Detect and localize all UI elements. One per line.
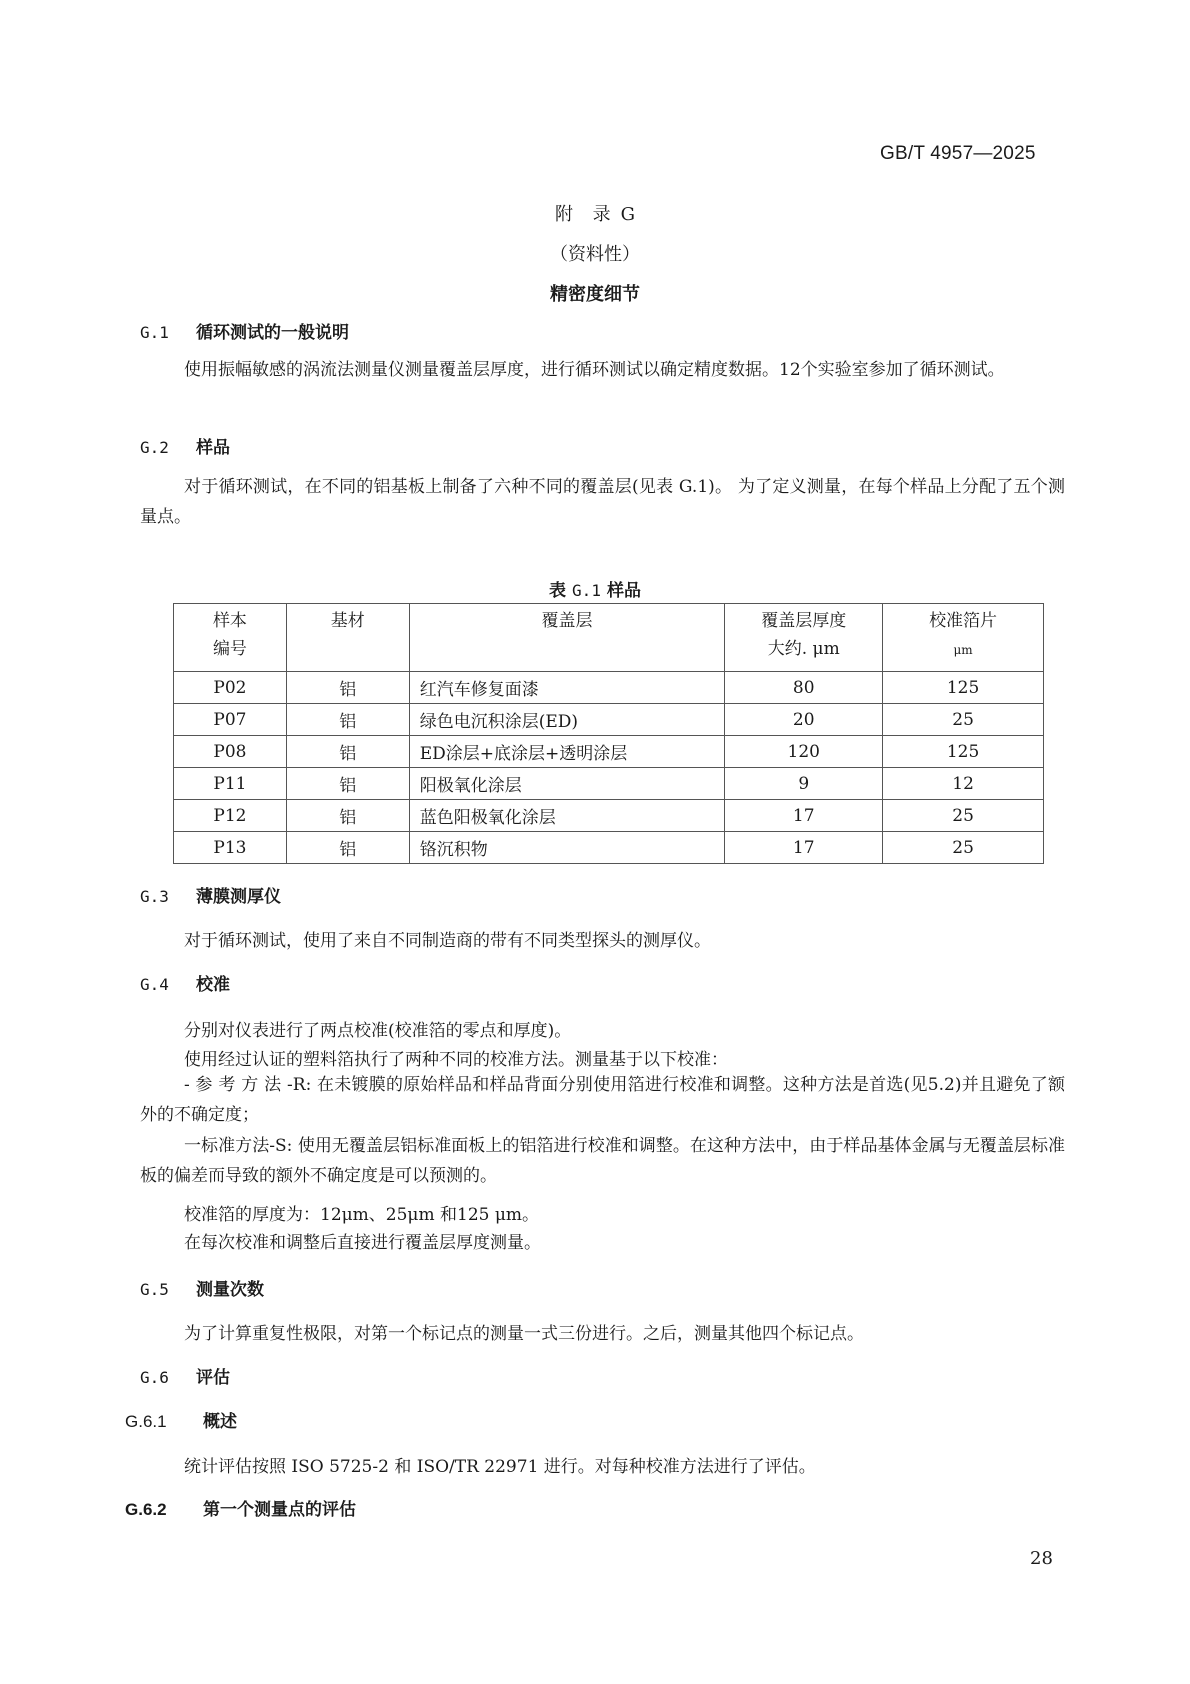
cell-foil: 12 [883, 768, 1044, 800]
cell-thickness: 17 [725, 832, 883, 864]
cell-coating: 绿色电沉积涂层(ED) [409, 704, 725, 736]
section-g4-line-4: 在每次校准和调整后直接进行覆盖层厚度测量。 [184, 1228, 541, 1253]
cell-thickness: 120 [725, 736, 883, 768]
section-g2-paragraph: 对于循环测试，在不同的铝基板上制备了六种不同的覆盖层(见表 G.1)。 为了定义… [140, 472, 1065, 532]
section-title: 样品 [196, 438, 230, 458]
cell-substrate: 铝 [286, 800, 409, 832]
standard-number: GB/T 4957—2025 [880, 143, 1036, 165]
cell-sample: P07 [174, 704, 287, 736]
section-title: 第一个测量点的评估 [203, 1500, 356, 1520]
section-heading-g4: G.4校准 [140, 970, 230, 995]
cell-coating: 阳极氧化涂层 [409, 768, 725, 800]
section-g4-foil-thicknesses: 校准箔的厚度为：12μm、25μm 和125 μm。 [184, 1200, 539, 1225]
section-heading-g6-1: G.6.1概述 [125, 1407, 237, 1432]
section-number: G.6.2 [125, 1500, 203, 1520]
section-g5-paragraph: 为了计算重复性极限，对第一个标记点的测量一式三份进行。之后，测量其他四个标记点。 [184, 1319, 864, 1344]
cell-sample: P12 [174, 800, 287, 832]
header-substrate: 基材 [286, 604, 409, 672]
section-title: 薄膜测厚仪 [196, 887, 281, 907]
cell-foil: 25 [883, 800, 1044, 832]
table-row: P13 铝 铬沉积物 17 25 [174, 832, 1044, 864]
cell-coating: 铬沉积物 [409, 832, 725, 864]
section-g1-paragraph: 使用振幅敏感的涡流法测量仪测量覆盖层厚度，进行循环测试以确定精度数据。12个实验… [140, 355, 1065, 385]
cell-foil: 125 [883, 672, 1044, 704]
section-heading-g6: G.6评估 [140, 1363, 230, 1388]
annex-label: 附 录G [0, 200, 1190, 226]
section-g3-paragraph: 对于循环测试，使用了来自不同制造商的带有不同类型探头的测厚仪。 [184, 926, 711, 951]
table-row: P11 铝 阳极氧化涂层 9 12 [174, 768, 1044, 800]
section-number: G.6 [140, 1368, 196, 1387]
section-number: G.1 [140, 323, 196, 342]
section-g6-1-paragraph: 统计评估按照 ISO 5725-2 和 ISO/TR 22971 进行。对每种校… [184, 1452, 816, 1477]
table-caption-id: G.1 [572, 581, 601, 600]
section-heading-g1: G.1循环测试的一般说明 [140, 318, 349, 343]
table-row: P12 铝 蓝色阳极氧化涂层 17 25 [174, 800, 1044, 832]
header-sample-number: 样本编号 [174, 604, 287, 672]
annex-title: 精密度细节 [0, 280, 1190, 306]
section-title: 概述 [203, 1412, 237, 1432]
section-number: G.2 [140, 438, 196, 457]
header-coating-thickness: 覆盖层厚度大约. μm [725, 604, 883, 672]
table-row: P08 铝 ED涂层+底涂层+透明涂层 120 125 [174, 736, 1044, 768]
table-caption-title: 样品 [607, 581, 641, 601]
cell-substrate: 铝 [286, 832, 409, 864]
cell-thickness: 9 [725, 768, 883, 800]
cell-foil: 25 [883, 832, 1044, 864]
section-g4-line-2: 使用经过认证的塑料箔执行了两种不同的校准方法。测量基于以下校准： [184, 1045, 728, 1070]
cell-substrate: 铝 [286, 672, 409, 704]
cell-thickness: 17 [725, 800, 883, 832]
page-number: 28 [1030, 1548, 1053, 1569]
cell-foil: 25 [883, 704, 1044, 736]
table-row: P02 铝 红汽车修复面漆 80 125 [174, 672, 1044, 704]
cell-coating: ED涂层+底涂层+透明涂层 [409, 736, 725, 768]
annex-type: （资料性） [0, 240, 1190, 266]
section-number: G.5 [140, 1280, 196, 1299]
annex-letter: G [621, 204, 635, 225]
section-heading-g2: G.2样品 [140, 433, 230, 458]
section-heading-g5: G.5测量次数 [140, 1275, 264, 1300]
table-row: P07 铝 绿色电沉积涂层(ED) 20 25 [174, 704, 1044, 736]
section-title: 校准 [196, 975, 230, 995]
section-g4-reference-method: - 参 考 方 法 -R: 在未镀膜的原始样品和样品背面分别使用箔进行校准和调整… [140, 1070, 1065, 1130]
section-number: G.3 [140, 887, 196, 906]
section-heading-g3: G.3薄膜测厚仪 [140, 882, 281, 907]
cell-substrate: 铝 [286, 736, 409, 768]
header-calibration-foil: 校准箔片μm [883, 604, 1044, 672]
cell-substrate: 铝 [286, 768, 409, 800]
section-heading-g6-2: G.6.2第一个测量点的评估 [125, 1495, 356, 1520]
cell-sample: P11 [174, 768, 287, 800]
cell-coating: 蓝色阳极氧化涂层 [409, 800, 725, 832]
cell-thickness: 20 [725, 704, 883, 736]
cell-foil: 125 [883, 736, 1044, 768]
section-title: 测量次数 [196, 1280, 264, 1300]
section-g4-standard-method: 一标准方法-S: 使用无覆盖层铝标准面板上的铝箔进行校准和调整。在这种方法中，由… [140, 1131, 1065, 1191]
section-g4-line-1: 分别对仪表进行了两点校准(校准箔的零点和厚度)。 [184, 1016, 571, 1041]
cell-coating: 红汽车修复面漆 [409, 672, 725, 704]
table-caption-prefix: 表 [549, 581, 566, 601]
section-title: 循环测试的一般说明 [196, 323, 349, 343]
cell-substrate: 铝 [286, 704, 409, 736]
samples-table: 样本编号 基材 覆盖层 覆盖层厚度大约. μm 校准箔片μm P02 铝 红汽车… [173, 603, 1044, 864]
cell-sample: P13 [174, 832, 287, 864]
table-header-row: 样本编号 基材 覆盖层 覆盖层厚度大约. μm 校准箔片μm [174, 604, 1044, 672]
header-coating: 覆盖层 [409, 604, 725, 672]
cell-sample: P02 [174, 672, 287, 704]
section-number: G.6.1 [125, 1412, 203, 1432]
section-title: 评估 [196, 1368, 230, 1388]
cell-thickness: 80 [725, 672, 883, 704]
cell-sample: P08 [174, 736, 287, 768]
annex-label-text: 附 录 [555, 204, 611, 225]
section-number: G.4 [140, 975, 196, 994]
table-caption: 表G.1样品 [0, 576, 1190, 601]
